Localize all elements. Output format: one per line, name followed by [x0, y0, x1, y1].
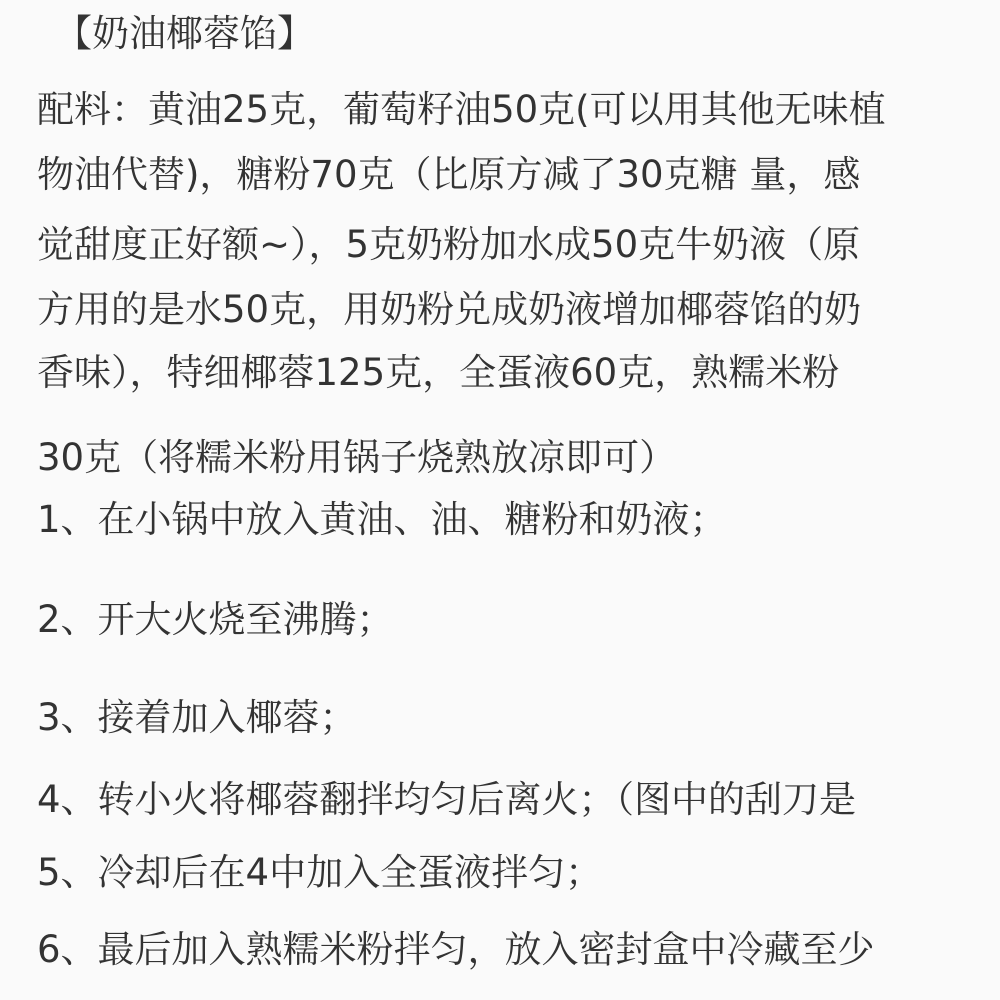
- step-item: 5、冷却后在4中加入全蛋液拌匀；: [37, 851, 602, 895]
- ingredients-line: 30克（将糯米粉用锅子烧熟放凉即可）: [37, 436, 676, 480]
- step-item: 1、在小锅中放入黄油、油、糖粉和奶液；: [37, 498, 727, 542]
- recipe-title: 【奶油椰蓉馅】: [55, 12, 314, 56]
- step-item: 2、开大火烧至沸腾；: [37, 598, 394, 642]
- ingredients-line: 觉甜度正好额~），5克奶粉加水成50克牛奶液（原: [37, 223, 860, 267]
- step-item: 3、接着加入椰蓉；: [37, 696, 357, 740]
- ingredients-line: 香味），特细椰蓉125克，全蛋液60克，熟糯米粉: [37, 351, 839, 395]
- step-item: 4、转小火将椰蓉翻拌均匀后离火；（图中的刮刀是: [37, 778, 856, 822]
- ingredients-line: 方用的是水50克，用奶粉兑成奶液增加椰蓉馅的奶: [37, 288, 861, 332]
- ingredients-line: 物油代替)，糖粉70克（比原方减了30克糖 量，感: [37, 153, 860, 197]
- step-item: 6、最后加入熟糯米粉拌匀，放入密封盒中冷藏至少: [37, 928, 875, 972]
- ingredients-line: 配料：黄油25克，葡萄籽油50克(可以用其他无味植: [37, 88, 886, 132]
